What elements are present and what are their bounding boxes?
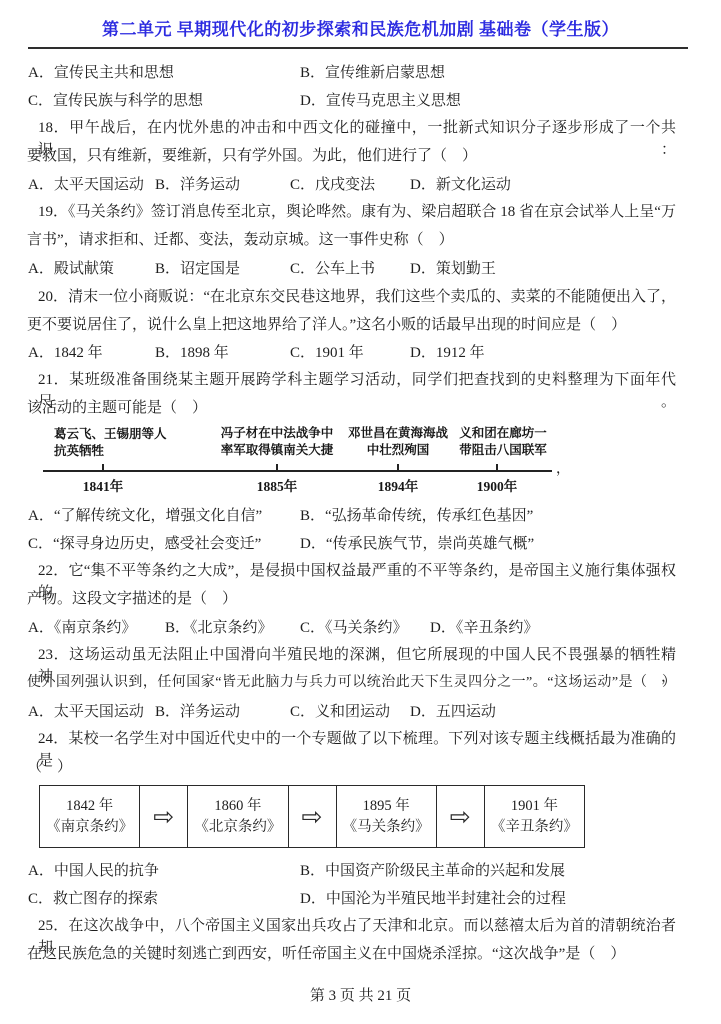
q24-options-row-1: A．中国人民的抗争 B．中国资产阶级民主革命的兴起和发展 — [0, 859, 721, 881]
timeline-event-label: 葛云飞、王锡朋等人抗英牺牲 — [54, 426, 167, 460]
option-d: D．五四运动 — [410, 700, 496, 721]
q23-line-2: 使外国列强认识到，任何国家“皆无此脑力与兵力可以统治此天下生灵四分之一”。“这场… — [27, 672, 676, 694]
q21-options-row-1: A．“了解传统文化，增强文化自信” B．“弘扬革命传统，传承红色基因” — [0, 504, 721, 526]
option-a: A．1842 年 — [28, 341, 103, 362]
option-a: A．“了解传统文化，增强文化自信” — [28, 504, 262, 525]
q21-options-row-2: C．“探寻身边历史，感受社会变迁” D．“传承民族气节，崇尚英雄气概” — [0, 532, 721, 554]
q18-options: A．太平天国运动 B．洋务运动 C．戊戌变法 D．新文化运动 — [0, 173, 721, 195]
option-c: C．公车上书 — [290, 257, 375, 278]
option-c: C．戊戌变法 — [290, 173, 375, 194]
timeline-tick — [102, 464, 104, 470]
q21-line-2: 该活动的主题可能是（ ） — [27, 397, 676, 419]
timeline-event-label: 义和团在廊坊一带阻击八国联军 — [452, 425, 554, 459]
option-b: B．1898 年 — [155, 341, 229, 362]
q22-options: A．《南京条约》 B．《北京条约》 C．《马关条约》 D．《辛丑条约》 — [0, 616, 721, 638]
page-title: 第二单元 早期现代化的初步探索和民族危机加剧 基础卷（学生版） — [0, 15, 721, 40]
option-d: D．1912 年 — [410, 341, 485, 362]
timeline-year: 1885年 — [237, 475, 317, 495]
option-c: C．义和团运动 — [290, 700, 390, 721]
timeline-year: 1894年 — [358, 475, 438, 495]
option-b: B．诏定国是 — [155, 257, 240, 278]
timeline-tick — [496, 464, 498, 470]
q19-line-2: 言书”，请求拒和、迁都、变法，轰动京城。这一事件史称（ ） — [27, 229, 676, 251]
right-arrow-icon: ⇨ — [153, 804, 174, 829]
timeline-year: 1841年 — [63, 475, 143, 495]
flow-arrow-cell: ⇨ — [437, 786, 485, 847]
option-a: A．《南京条约》 — [28, 616, 136, 637]
q20-options: A．1842 年 B．1898 年 C．1901 年 D．1912 年 — [0, 341, 721, 363]
carryover-options-row-1: A．宣传民主共和思想 B．宣传维新启蒙思想 — [0, 61, 721, 83]
option-d: D．中国沦为半殖民地半封建社会的过程 — [300, 887, 566, 908]
q19-options: A．殿试献策 B．诏定国是 C．公车上书 D．策划勤王 — [0, 257, 721, 279]
right-arrow-icon: ⇨ — [302, 804, 323, 829]
option-d: D．策划勤王 — [410, 257, 496, 278]
timeline-tick — [397, 464, 399, 470]
option-a: A．太平天国运动 — [28, 700, 144, 721]
option-b: B．洋务运动 — [155, 700, 240, 721]
flow-step: 1842 年《南京条约》 — [40, 786, 140, 847]
timeline-event-label: 冯子材在中法战争中率军取得镇南关大捷 — [207, 425, 347, 459]
q24-options-row-2: C．救亡图存的探索 D．中国沦为半殖民地半封建社会的过程 — [0, 887, 721, 909]
flow-arrow-cell: ⇨ — [140, 786, 188, 847]
option-c: C．宣传民族与科学的思想 — [28, 89, 203, 110]
treaty-flow-figure: 1842 年《南京条约》 ⇨ 1860 年《北京条约》 ⇨ 1895 年《马关条… — [39, 785, 585, 848]
right-arrow-icon: ⇨ — [450, 804, 471, 829]
option-b: B．《北京条约》 — [165, 616, 273, 637]
option-b: B．中国资产阶级民主革命的兴起和发展 — [300, 859, 565, 880]
option-c: C．救亡图存的探索 — [28, 887, 158, 908]
exam-page: 第二单元 早期现代化的初步探索和民族危机加剧 基础卷（学生版） A．宣传民主共和… — [0, 0, 721, 1024]
option-b: B．“弘扬革命传统，传承红色基因” — [300, 504, 533, 525]
q20-line-1: 20．清末一位小商贩说：“在北京东交民巷这地界，我们这些个卖瓜的、卖菜的不能随便… — [38, 286, 676, 308]
q22-line-2: 产物。这段文字描述的是（ ） — [27, 588, 676, 610]
flow-arrow-cell: ⇨ — [289, 786, 337, 847]
option-b: B．宣传维新启蒙思想 — [300, 61, 445, 82]
q20-line-2: 更不要说居住了，说什么皇上把这地界给了洋人。”这名小贩的话最早出现的时间应是（ … — [27, 314, 676, 336]
option-d: D．“传承民族气节，崇尚英雄气概” — [300, 532, 534, 553]
option-d: D．《辛丑条约》 — [430, 616, 538, 637]
carryover-options-row-2: C．宣传民族与科学的思想 D．宣传马克思主义思想 — [0, 89, 721, 111]
option-a: A．中国人民的抗争 — [28, 859, 159, 880]
flow-step: 1901 年《辛丑条约》 — [485, 786, 584, 847]
option-c: C．1901 年 — [290, 341, 364, 362]
timeline-year: 1900年 — [457, 475, 537, 495]
option-d: D．新文化运动 — [410, 173, 511, 194]
q23-options: A．太平天国运动 B．洋务运动 C．义和团运动 D．五四运动 — [0, 700, 721, 722]
title-divider — [28, 47, 688, 49]
page-number-footer: 第 3 页 共 21 页 — [0, 984, 721, 1005]
option-c: C．“探寻身边历史，感受社会变迁” — [28, 532, 261, 553]
option-a: A．殿试献策 — [28, 257, 114, 278]
timeline-event-label: 邓世昌在黄海海战中壮烈殉国 — [338, 425, 458, 459]
q24-line-2: （ ） — [27, 756, 676, 778]
option-d: D．宣传马克思主义思想 — [300, 89, 461, 110]
timeline-tick — [276, 464, 278, 470]
option-a: A．宣传民主共和思想 — [28, 61, 174, 82]
flow-step: 1895 年《马关条约》 — [337, 786, 437, 847]
q25-line-2: 在这民族危急的关键时刻逃亡到西安，听任帝国主义在中国烧杀淫掠。“这次战争”是（ … — [27, 943, 676, 965]
q19-line-1: 19．《马关条约》签订消息传至北京，舆论哗然。康有为、梁启超联合 18 省在京会… — [38, 201, 676, 223]
flow-step: 1860 年《北京条约》 — [188, 786, 288, 847]
option-c: C．《马关条约》 — [300, 616, 408, 637]
timeline-figure: 葛云飞、王锡朋等人抗英牺牲 冯子材在中法战争中率军取得镇南关大捷 邓世昌在黄海海… — [0, 420, 721, 502]
option-a: A．太平天国运动 — [28, 173, 144, 194]
q18-line-2: 要救国，只有维新，要维新，只有学外国。为此，他们进行了（ ） — [27, 145, 676, 167]
timeline-axis — [43, 470, 552, 472]
option-b: B．洋务运动 — [155, 173, 240, 194]
timeline-tail-mark: ， — [556, 458, 570, 478]
